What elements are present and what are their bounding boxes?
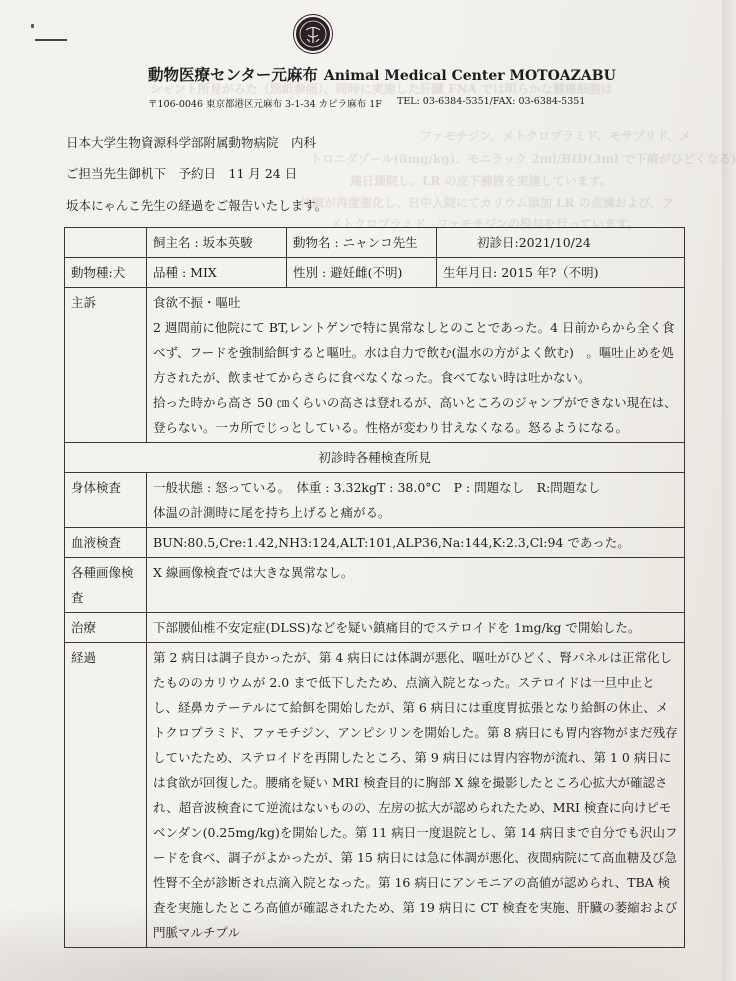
progress-label: 経過 xyxy=(65,643,147,948)
physical-exam-line: 一般状態 : 怒っている。 体重 : 3.32kgT : 38.0°C P : … xyxy=(153,475,678,500)
exam-findings-header: 初診時各種検査所見 xyxy=(65,443,685,473)
clinic-name-en: Animal Medical Center MOTOAZABU xyxy=(324,68,616,84)
clinic-tel-fax: TEL: 03-6384-5351/FAX: 03-6384-5351 xyxy=(397,96,585,107)
bleed-through-line: トロニダゾール(8mg/kg)、モニラック 2ml/BID(3ml で下痢がひど… xyxy=(310,150,736,167)
bleed-through-line: 連日通院し、LR の皮下補液を実施しています。 xyxy=(350,172,612,189)
dash-mark xyxy=(35,39,67,41)
record-row-chief-complaint: 主訴 食欲不振・嘔吐 2 週間前に他院にて BT,レントゲンで特に異常なしとのこ… xyxy=(65,288,685,443)
clinic-name-jp: 動物医療センター元麻布 xyxy=(148,65,318,84)
record-row-treatment: 治療 下部腰仙椎不安定症(DLSS)などを疑い鎮痛目的でステロイドを 1mg/k… xyxy=(65,613,685,643)
physical-exam-line: 体温の計測時に尾を持ち上げると痛がる。 xyxy=(153,500,678,525)
chief-complaint-text: 食欲不振・嘔吐 2 週間前に他院にて BT,レントゲンで特に異常なしとのことであ… xyxy=(147,288,685,443)
birth-date: 生年月日: 2015 年?（不明) xyxy=(437,258,685,288)
imaging-text: X 線画像検査では大きな異常なし。 xyxy=(147,558,685,613)
record-row-physical-exam: 身体検査 一般状態 : 怒っている。 体重 : 3.32kgT : 38.0°C… xyxy=(65,473,685,528)
blood-test-text: BUN:80.5,Cre:1.42,NH3:124,ALT:101,ALP36,… xyxy=(147,528,685,558)
animal-name: 動物名 : ニャンコ先生 xyxy=(287,228,437,258)
record-row-progress: 経過 第 2 病日は調子良かったが、第 4 病日には体調が悪化、嘔吐がひどく、腎… xyxy=(65,643,685,948)
sex: 性別 : 避妊雌(不明) xyxy=(287,258,437,288)
addressee-hospital: 日本大学生物資源科学部附属動物病院 内科 xyxy=(66,133,316,151)
species: 動物種:犬 xyxy=(65,258,147,288)
record-row-species: 動物種:犬 品種 : MIX 性別 : 避妊雌(不明) 生年月日: 2015 年… xyxy=(65,258,685,288)
chief-complaint-line: 2 週間前に他院にて BT,レントゲンで特に異常なしとのことであった。4 日前か… xyxy=(153,315,678,390)
bleed-through-line: 体調が再度悪化し、日中入院にてカリウム添加 LR の点滴および、ア xyxy=(300,194,674,211)
record-row-blood-test: 血液検査 BUN:80.5,Cre:1.42,NH3:124,ALT:101,A… xyxy=(65,528,685,558)
page-edge xyxy=(722,0,736,981)
medical-record-table: 飼主名 : 坂本英駿 動物名 : ニャンコ先生 初診日:2021/10/24 動… xyxy=(64,227,685,948)
treatment-text: 下部腰仙椎不安定症(DLSS)などを疑い鎮痛目的でステロイドを 1mg/kg で… xyxy=(147,613,685,643)
breed: 品種 : MIX xyxy=(147,258,287,288)
chief-complaint-line: 拾った時から高さ 50 ㎝くらいの高さは登れるが、高いところのジャンプができない… xyxy=(153,390,678,440)
chief-complaint-line: 食欲不振・嘔吐 xyxy=(153,290,678,315)
physical-exam-label: 身体検査 xyxy=(65,473,147,528)
record-row-imaging: 各種画像検査 X 線画像検査では大きな異常なし。 xyxy=(65,558,685,613)
report-intro: 坂本にゃんこ先生の経過をご報告いたします。 xyxy=(66,196,327,214)
pen-mark xyxy=(31,24,34,28)
progress-text: 第 2 病日は調子良かったが、第 4 病日には体調が悪化、嘔吐がひどく、腎パネル… xyxy=(147,643,685,948)
first-visit-date: 初診日:2021/10/24 xyxy=(437,228,685,258)
owner-name: 飼主名 : 坂本英駿 xyxy=(147,228,287,258)
record-row-section-header: 初診時各種検査所見 xyxy=(65,443,685,473)
clinic-address: 〒106-0046 東京都港区元麻布 3-1-34 カピラ麻布 1F xyxy=(148,96,382,110)
imaging-label: 各種画像検査 xyxy=(65,558,147,613)
clinic-emblem-icon xyxy=(294,15,332,53)
addressee-doctor-appointment: ご担当先生御机下 予約日 11 月 24 日 xyxy=(66,164,297,182)
bleed-through-line: ファモチジン、メトクロプラミド、モサプリド、メ xyxy=(420,127,691,144)
record-row-owner: 飼主名 : 坂本英駿 動物名 : ニャンコ先生 初診日:2021/10/24 xyxy=(65,228,685,258)
physical-exam-text: 一般状態 : 怒っている。 体重 : 3.32kgT : 38.0°C P : … xyxy=(147,473,685,528)
clinic-name: 動物医療センター元麻布Animal Medical Center MOTOAZA… xyxy=(148,63,616,85)
empty-cell xyxy=(65,228,147,258)
treatment-label: 治療 xyxy=(65,613,147,643)
blood-test-label: 血液検査 xyxy=(65,528,147,558)
chief-complaint-label: 主訴 xyxy=(65,288,147,443)
